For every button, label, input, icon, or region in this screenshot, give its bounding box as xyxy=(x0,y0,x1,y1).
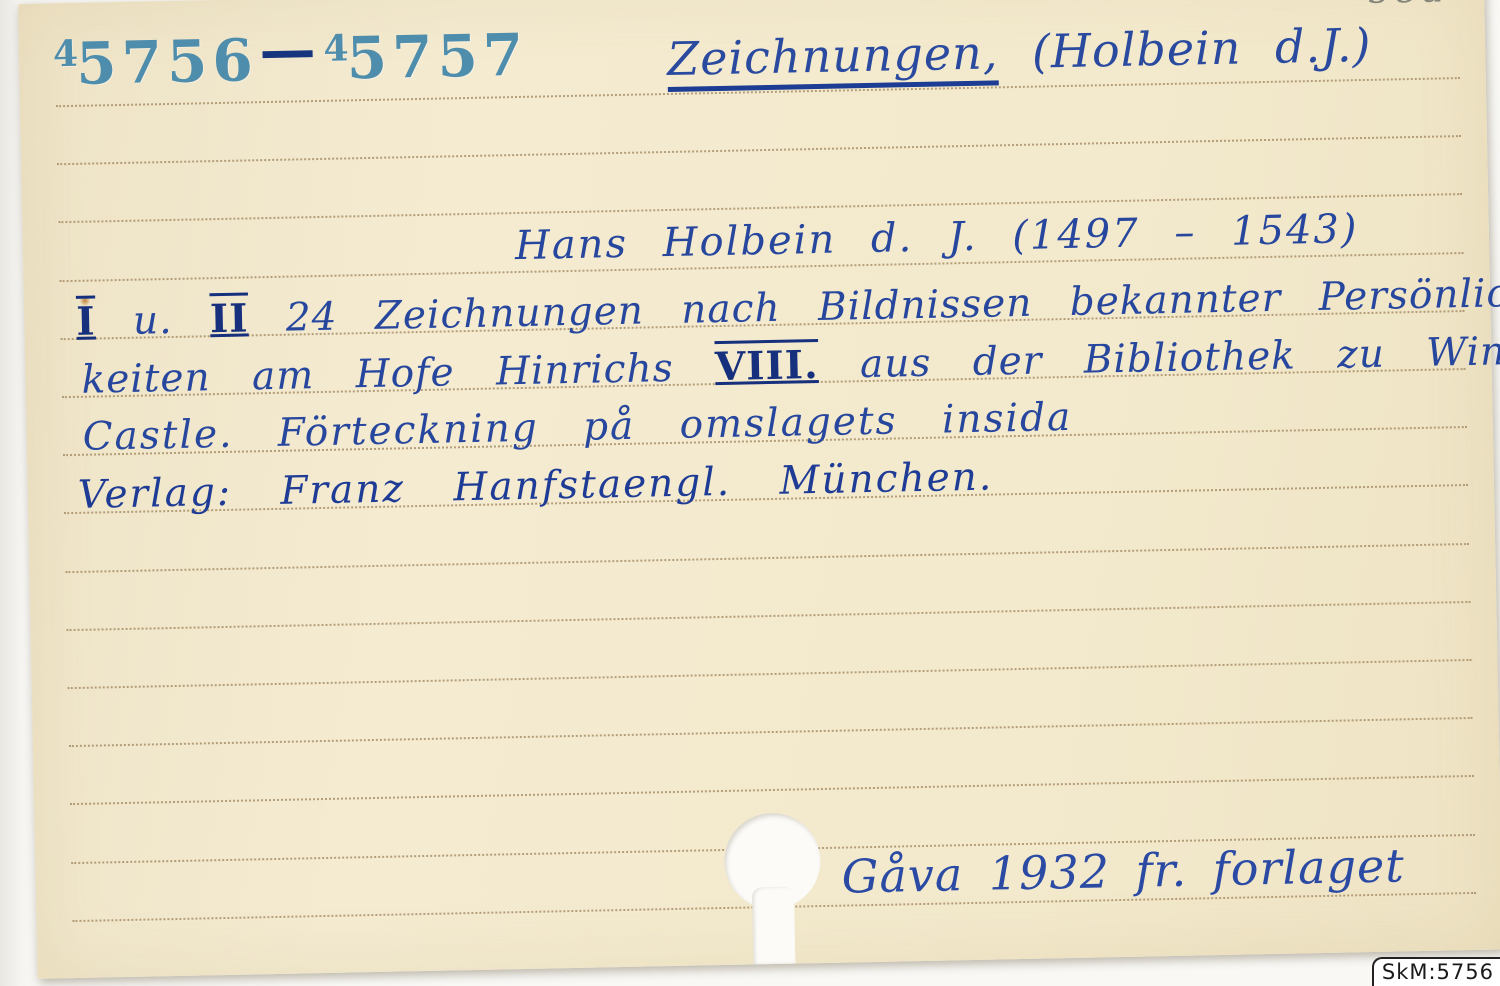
index-card: 58a 45756–45757 Zeichnungen, (Holbein d.… xyxy=(18,0,1500,979)
ruled-line xyxy=(57,135,1461,165)
catalog-number-stamp: 45756–45757 xyxy=(53,24,529,97)
subject-keyword: Zeichnungen, xyxy=(667,25,999,92)
ruled-line xyxy=(70,775,1474,805)
stamp-prefix-1: 4 xyxy=(53,33,79,75)
publisher-line: Verlag: Franz Hanfstaengl. München. xyxy=(77,452,993,522)
ruled-line xyxy=(69,717,1473,747)
archive-id-label: SkM:5756 xyxy=(1372,957,1500,986)
corner-pencil-note: 58a xyxy=(1368,0,1448,12)
description-line-2-start: keiten am Hofe Hinrichs xyxy=(81,345,715,403)
ruled-line xyxy=(67,601,1471,631)
description-line-2-end: aus der Bibliothek zu Windsor xyxy=(818,327,1500,388)
henry-viii-numeral: VIII. xyxy=(715,342,819,390)
ruled-dotted-lines xyxy=(18,0,1484,4)
stamp-dash: – xyxy=(254,18,330,83)
stamp-number-1: 5756 xyxy=(76,26,259,98)
volume-numeral-1: I xyxy=(76,299,96,345)
volume-numeral-2: II xyxy=(209,295,248,342)
stamp-number-2: 5757 xyxy=(346,21,529,93)
ruled-line xyxy=(68,659,1472,689)
ruled-line xyxy=(65,543,1469,573)
subject-heading: Zeichnungen, (Holbein d.J.) xyxy=(667,9,1373,95)
artist-line: Hans Holbein d. J. (1497 – 1543) xyxy=(514,205,1358,270)
subject-qualifier: (Holbein d.J.) xyxy=(1031,18,1372,79)
volume-conjunction: u. xyxy=(133,298,173,344)
punch-hole-slot xyxy=(752,887,796,965)
scan-background: 58a 45756–45757 Zeichnungen, (Holbein d.… xyxy=(0,0,1500,986)
donation-note: Gåva 1932 fr. forlaget xyxy=(841,838,1405,903)
